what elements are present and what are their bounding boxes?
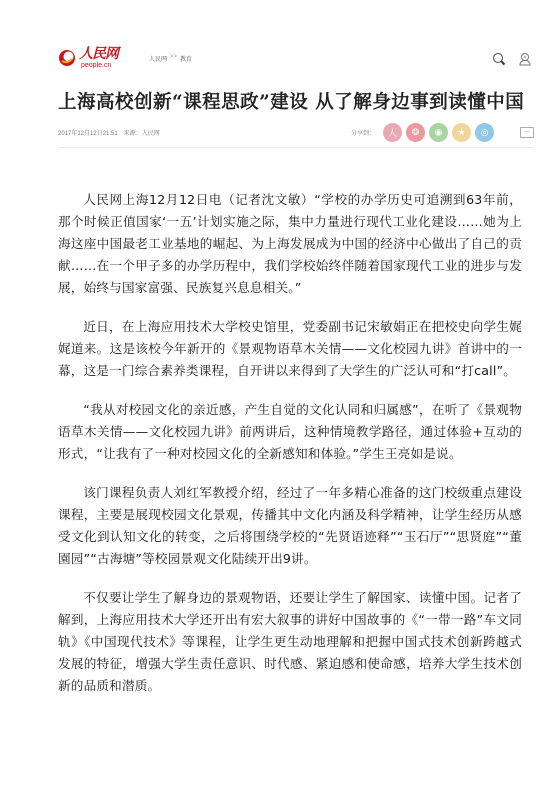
search-icon[interactable] — [492, 51, 506, 65]
weibo-icon: ❂ — [412, 128, 420, 138]
comment-button[interactable]: ··· — [520, 127, 534, 138]
breadcrumb-education[interactable]: 教育 — [180, 54, 192, 63]
article-meta: 2017年12月12日21:51 来源：人民网 分享到： 人 ❂ ◉ ★ ◎ ·… — [58, 118, 534, 148]
paragraph: 近日，在上海应用技术大学校史馆里，党委副书记宋敏娟正在把校史向学生娓娓道来。这是… — [58, 316, 522, 382]
logo-swirl-icon — [58, 49, 76, 67]
paragraph: 人民网上海12月12日电（记者沈文敏）“学校的办学历史可追溯到63年前，那个时候… — [58, 189, 522, 299]
article-body: 人民网上海12月12日电（记者沈文敏）“学校的办学历史可追溯到63年前，那个时候… — [58, 189, 522, 714]
share-qzone-button[interactable]: ★ — [452, 123, 471, 142]
share-bar: 分享到： 人 ❂ ◉ ★ ◎ ··· — [351, 123, 534, 142]
article-source[interactable]: 来源：人民网 — [124, 128, 160, 137]
logo-en-text: people.cn — [81, 62, 118, 69]
breadcrumb: 人民网 >> 教育 — [149, 54, 192, 63]
people-weibo-icon: 人 — [388, 126, 397, 139]
share-qq-button[interactable]: ◎ — [475, 123, 494, 142]
people-cn-logo[interactable]: 人民网 people.cn — [58, 42, 124, 74]
user-icon[interactable] — [518, 51, 532, 65]
paragraph: 不仅要让学生了解身边的景观物语，还要让学生了解国家、读懂中国。记者了解到，上海应… — [58, 587, 522, 697]
paragraph: “我从对校园文化的亲近感，产生自觉的文化认同和归属感”，在听了《景观物语草木关情… — [58, 399, 522, 465]
share-label: 分享到： — [351, 128, 375, 137]
article-title: 上海高校创新“课程思政”建设 从了解身边事到读懂中国 — [58, 88, 524, 114]
paragraph: 该门课程负责人刘红军教授介绍，经过了一年多精心准备的这门校级重点建设课程，主要是… — [58, 482, 522, 570]
wechat-icon: ◉ — [435, 128, 443, 138]
qq-icon: ◎ — [481, 128, 489, 138]
logo-cn-text: 人民网 — [79, 47, 118, 61]
comment-icon: ··· — [524, 130, 530, 136]
share-wechat-button[interactable]: ◉ — [429, 123, 448, 142]
share-sina-weibo-button[interactable]: ❂ — [406, 123, 425, 142]
share-people-weibo-button[interactable]: 人 — [383, 123, 402, 142]
breadcrumb-home[interactable]: 人民网 — [149, 54, 167, 63]
breadcrumb-separator: >> — [170, 54, 177, 63]
qzone-star-icon: ★ — [457, 128, 465, 138]
publish-datetime: 2017年12月12日21:51 — [58, 128, 118, 137]
site-header: 人民网 people.cn 人民网 >> 教育 — [58, 40, 542, 76]
